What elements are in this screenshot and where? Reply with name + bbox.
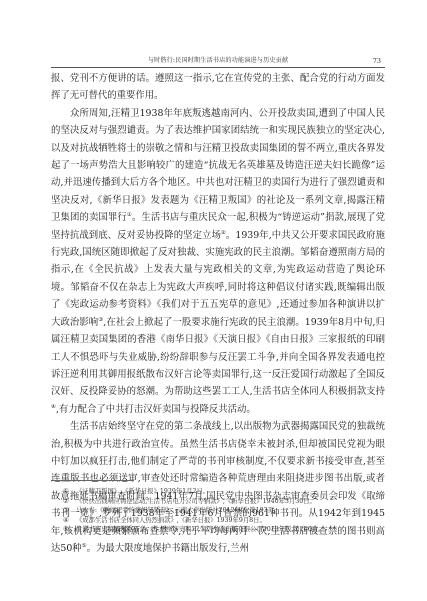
footnotes: ① 《汪精卫叛国》,《新华日报》1939年1月2日。 ② 《快快出钱响应铸逆运动… <box>63 487 383 535</box>
paragraph-text: ,在社会上掀起了一股要求施行宪政的民主浪潮。1939年8月中旬,归属汪精卫卖国集… <box>51 317 385 398</box>
paragraph-1: 报、党刊不方便讲的话。遵照这一指示,它在宣传党的主张、配合党的行动方面发挥了无可… <box>51 70 385 105</box>
running-header: 与时偕行:民国时期生活书店的功能演进与历史贡献 73 <box>51 55 385 67</box>
paragraph-text: 报、党刊不方便讲的话。遵照这一指示,它在宣传党的主张、配合党的行动方面发挥了无可… <box>51 73 385 101</box>
footnote-1: ① 《汪精卫叛国》,《新华日报》1939年1月2日。 <box>63 487 383 497</box>
header-rule <box>51 67 385 68</box>
footnote-text: 生活书店史稿编辑委员会:《生活书店史稿》,生活书店出版有限公司2013年版,第2… <box>76 525 324 535</box>
footnote-text: 《成都生活书店全体同人热烈捐款》,《新华日报》1939年9月8日。 <box>76 516 266 526</box>
footnote-5: ⑤ 生活书店史稿编辑委员会:《生活书店史稿》,生活书店出版有限公司2013年版,… <box>63 525 383 535</box>
footnote-rule <box>51 480 134 481</box>
running-title: 与时偕行:民国时期生活书店的功能演进与历史贡献 <box>51 55 385 67</box>
footnote-2: ② 《快快出钱响应铸逆运动,生活书店电力公司等捐款》,《新华日报》1940年3月… <box>63 497 383 507</box>
paragraph-2: 众所周知,汪精卫1938年年底叛逃越南河内、公开投敌卖国,遭到了中国人民的坚决反… <box>51 105 385 418</box>
paragraph-text: 。1939年,中共又公开要求国民政府施行宪政,国统区随即掀起了反对独裁、实施宪政… <box>51 230 385 328</box>
footnote-text: 马永春:《新闻记者的旗帜邹韬奋》,云南大学出版社2012年版,第193页。 <box>76 506 280 516</box>
paragraph-text: 。为最大限度地保护书籍出版发行,兰州 <box>87 543 249 554</box>
footnote-mark: ⑤ <box>63 525 76 535</box>
footnote-text: 《汪精卫叛国》,《新华日报》1939年1月2日。 <box>76 487 209 497</box>
footnote-mark: ① <box>63 487 76 497</box>
footnote-mark: ④ <box>63 516 76 526</box>
paragraph-text: 众所周知,汪精卫1938年年底叛逃越南河内、公开投敌卖国,遭到了中国人民的坚决反… <box>51 108 385 223</box>
body-text: 报、党刊不方便讲的话。遵照这一指示,它在宣传党的主张、配合党的行动方面发挥了无可… <box>51 70 385 557</box>
footnote-mark: ② <box>63 497 76 507</box>
paper-page: 与时偕行:民国时期生活书店的功能演进与历史贡献 73 报、党刊不方便讲的话。遵照… <box>0 0 427 601</box>
footnote-4: ④ 《成都生活书店全体同人热烈捐款》,《新华日报》1939年9月8日。 <box>63 516 383 526</box>
paragraph-text: ,有力配合了中共打击汉奸卖国与投降反共活动。 <box>56 404 256 415</box>
footnote-text: 《快快出钱响应铸逆运动,生活书店电力公司等捐款》,《新华日报》1940年3月30… <box>76 497 316 507</box>
footnote-mark: ③ <box>63 506 76 516</box>
footnote-3: ③ 马永春:《新闻记者的旗帜邹韬奋》,云南大学出版社2012年版,第193页。 <box>63 506 383 516</box>
page-number: 73 <box>373 55 381 67</box>
